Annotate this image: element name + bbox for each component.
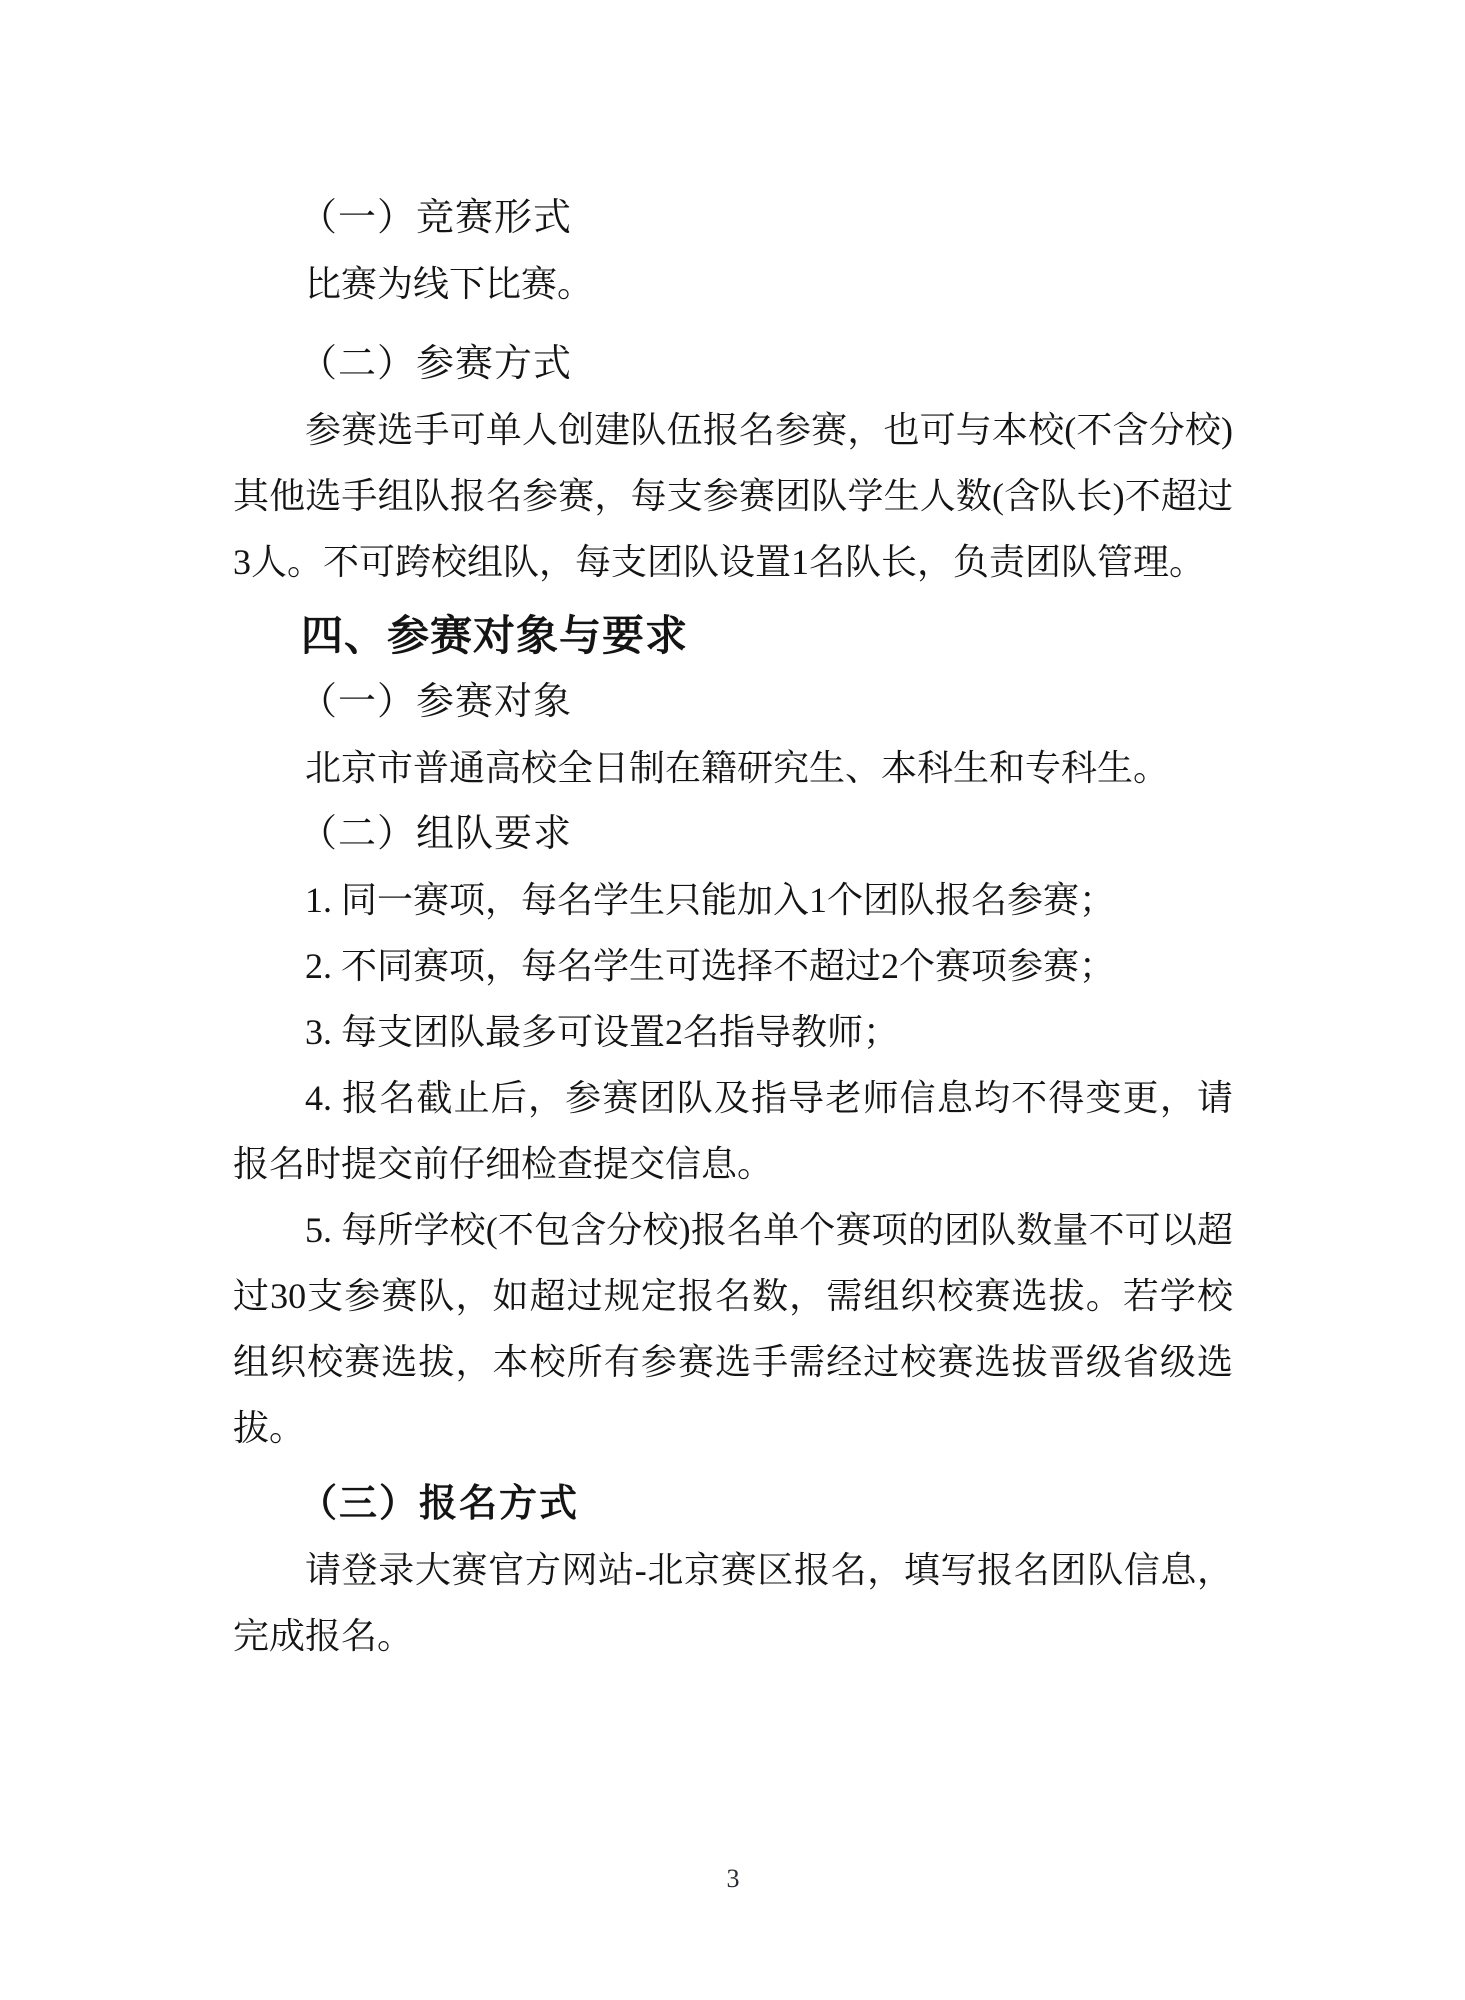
subheading-registration-method: （三）报名方式 <box>233 1471 1233 1537</box>
subheading-participants: （一）参赛对象 <box>233 669 1233 735</box>
subheading-participation-method: （二）参赛方式 <box>233 331 1233 397</box>
list-item-3: 3. 每支团队最多可设置2名指导教师； <box>233 999 1233 1065</box>
list-item-1: 1. 同一赛项，每名学生只能加入1个团队报名参赛； <box>233 867 1233 933</box>
subheading-team-requirements: （二）组队要求 <box>233 801 1233 867</box>
list-item-4: 4. 报名截止后，参赛团队及指导老师信息均不得变更，请报名时提交前仔细检查提交信… <box>233 1065 1233 1197</box>
paragraph-participants: 北京市普通高校全日制在籍研究生、本科生和专科生。 <box>233 735 1233 801</box>
page-number: 3 <box>233 1862 1233 1896</box>
document-page: （一）竞赛形式 比赛为线下比赛。 （二）参赛方式 参赛选手可单人创建队伍报名参赛… <box>0 0 1465 2000</box>
paragraph-competition-format: 比赛为线下比赛。 <box>233 251 1233 317</box>
document-body: （一）竞赛形式 比赛为线下比赛。 （二）参赛方式 参赛选手可单人创建队伍报名参赛… <box>233 0 1233 1669</box>
list-item-5: 5. 每所学校(不包含分校)报名单个赛项的团队数量不可以超过30支参赛队，如超过… <box>233 1197 1233 1461</box>
list-item-2: 2. 不同赛项，每名学生可选择不超过2个赛项参赛； <box>233 933 1233 999</box>
paragraph-registration-method: 请登录大赛官方网站-北京赛区报名，填写报名团队信息，完成报名。 <box>233 1537 1233 1669</box>
subheading-competition-format: （一）竞赛形式 <box>233 185 1233 251</box>
section-heading-participants-and-requirements: 四、参赛对象与要求 <box>233 603 1233 669</box>
paragraph-participation-method: 参赛选手可单人创建队伍报名参赛，也可与本校(不含分校)其他选手组队报名参赛，每支… <box>233 397 1233 595</box>
